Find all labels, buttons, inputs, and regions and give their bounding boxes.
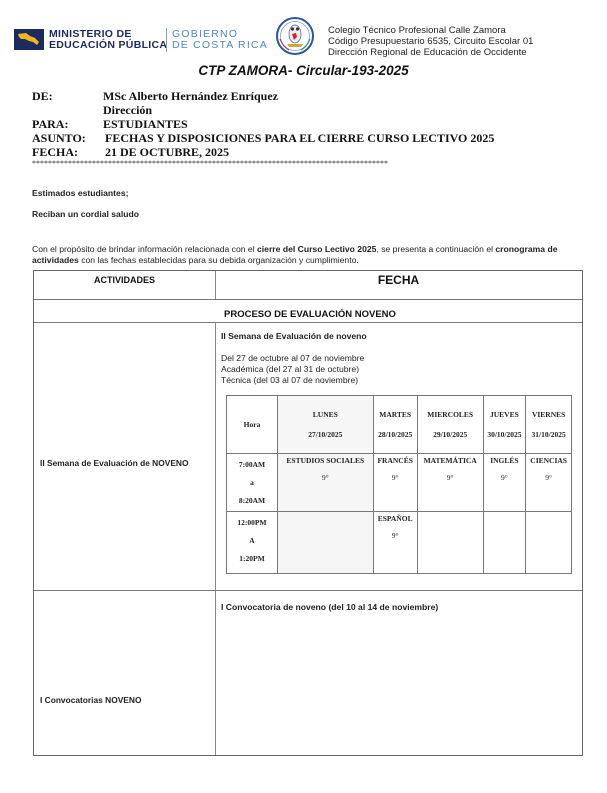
salutation: Reciban un cordial saludo — [32, 209, 139, 219]
exam-schedule-table: Hora LUNES27/10/2025 MARTES28/10/2025 MI… — [226, 395, 572, 574]
exam-cell: ESPAÑOL9° — [373, 512, 417, 574]
date-cell-title: II Semana de Evaluación de noveno — [221, 331, 367, 342]
intro-text-1: Con el propósito de brindar información … — [32, 244, 257, 254]
activities-table: ACTIVIDADES FECHA PROCESO DE EVALUACIÓN … — [33, 270, 583, 756]
convocatoria-title-text: I Convocatoria de noveno (del 10 al 14 d… — [221, 602, 438, 612]
date-range: Del 27 de octubre al 07 de noviembre — [221, 353, 364, 364]
intro-paragraph: Con el propósito de brindar información … — [32, 244, 580, 266]
para-value: ESTUDIANTES — [103, 117, 188, 131]
date-cell-details: Del 27 de octubre al 07 de noviembre Aca… — [221, 353, 364, 386]
row-divider — [34, 299, 582, 300]
fecha-value: 21 DE OCTUBRE, 2025 — [105, 145, 229, 159]
school-info: Colegio Técnico Profesional Calle Zamora… — [328, 25, 533, 58]
exam-cell: CIENCIAS9° — [526, 454, 572, 512]
hora-header: Hora — [227, 396, 278, 454]
exam-cell: INGLÉS9° — [483, 454, 526, 512]
column-header-date: FECHA — [215, 273, 582, 287]
government-line-2: DE COSTA RICA — [172, 40, 268, 51]
row-divider — [34, 322, 582, 323]
exam-cell: FRANCÉS9° — [373, 454, 417, 512]
de-role: Dirección — [103, 103, 152, 117]
exam-cell — [526, 512, 572, 574]
school-crest-icon — [275, 15, 315, 57]
exam-cell — [278, 512, 374, 574]
government-name: GOBIERNO DE COSTA RICA — [172, 29, 268, 51]
school-region: Dirección Regional de Educación de Occid… — [328, 47, 533, 58]
para-label: PARA: — [32, 117, 68, 131]
section-title: PROCESO DE EVALUACIÓN NOVENO — [224, 309, 396, 320]
intro-bold-1: cierre del Curso Lectivo 2025 — [257, 244, 376, 254]
header-divider — [166, 28, 167, 52]
asunto-label: ASUNTO: — [32, 131, 86, 145]
de-name: MSc Alberto Hernández Enríquez — [103, 89, 278, 103]
separator-line: ****************************************… — [32, 159, 388, 168]
day-header: MIERCOLES29/10/2025 — [417, 396, 483, 454]
ministry-name: MINISTERIO DE EDUCACIÓN PÚBLICA — [49, 29, 167, 51]
mep-logo — [14, 29, 44, 50]
day-header: MARTES28/10/2025 — [373, 396, 417, 454]
schedule-row: 7:00AMa8:20AM ESTUDIOS SOCIALES9° FRANCÉ… — [227, 454, 572, 512]
school-name: Colegio Técnico Profesional Calle Zamora — [328, 25, 533, 36]
asunto-value: FECHAS Y DISPOSICIONES PARA EL CIERRE CU… — [105, 131, 494, 145]
intro-text-3: con las fechas establecidas para su debi… — [79, 255, 359, 265]
greeting: Estimados estudiantes; — [32, 188, 128, 198]
time-slot: 12:00PMA1:20PM — [227, 512, 278, 574]
time-slot: 7:00AMa8:20AM — [227, 454, 278, 512]
activity-label: II Semana de Evaluación de NOVENO — [40, 458, 188, 468]
row-divider — [34, 590, 582, 591]
body-column-divider — [215, 322, 216, 755]
date-cell-title-text: II Semana de Evaluación de noveno — [221, 331, 367, 341]
column-header-activities: ACTIVIDADES — [34, 275, 215, 285]
day-header: LUNES27/10/2025 — [278, 396, 374, 454]
academic-range: Académica (del 27 al 31 de octubre) — [221, 364, 364, 375]
schedule-row: 12:00PMA1:20PM ESPAÑOL9° — [227, 512, 572, 574]
technical-range: Técnica (del 03 al 07 de noviembre) — [221, 375, 364, 386]
exam-cell: ESTUDIOS SOCIALES9° — [278, 454, 374, 512]
exam-cell — [483, 512, 526, 574]
de-label: DE: — [32, 89, 53, 103]
day-header: JUEVES30/10/2025 — [483, 396, 526, 454]
schedule-header-row: Hora LUNES27/10/2025 MARTES28/10/2025 MI… — [227, 396, 572, 454]
school-code: Código Presupuestario 6535, Circuito Esc… — [328, 36, 533, 47]
circular-title: CTP ZAMORA- Circular-193-2025 — [0, 63, 607, 78]
ministry-line-2: EDUCACIÓN PÚBLICA — [49, 40, 167, 51]
intro-text-2: , se presenta a continuación el — [376, 244, 495, 254]
day-header: VIERNES31/10/2025 — [526, 396, 572, 454]
exam-cell: MATEMÁTICA9° — [417, 454, 483, 512]
fecha-label: FECHA: — [32, 145, 78, 159]
costa-rica-map-icon — [14, 29, 44, 50]
exam-cell — [417, 512, 483, 574]
activity-label: I Convocatorias NOVENO — [40, 695, 141, 705]
convocatoria-title: I Convocatoria de noveno (del 10 al 14 d… — [221, 602, 438, 613]
